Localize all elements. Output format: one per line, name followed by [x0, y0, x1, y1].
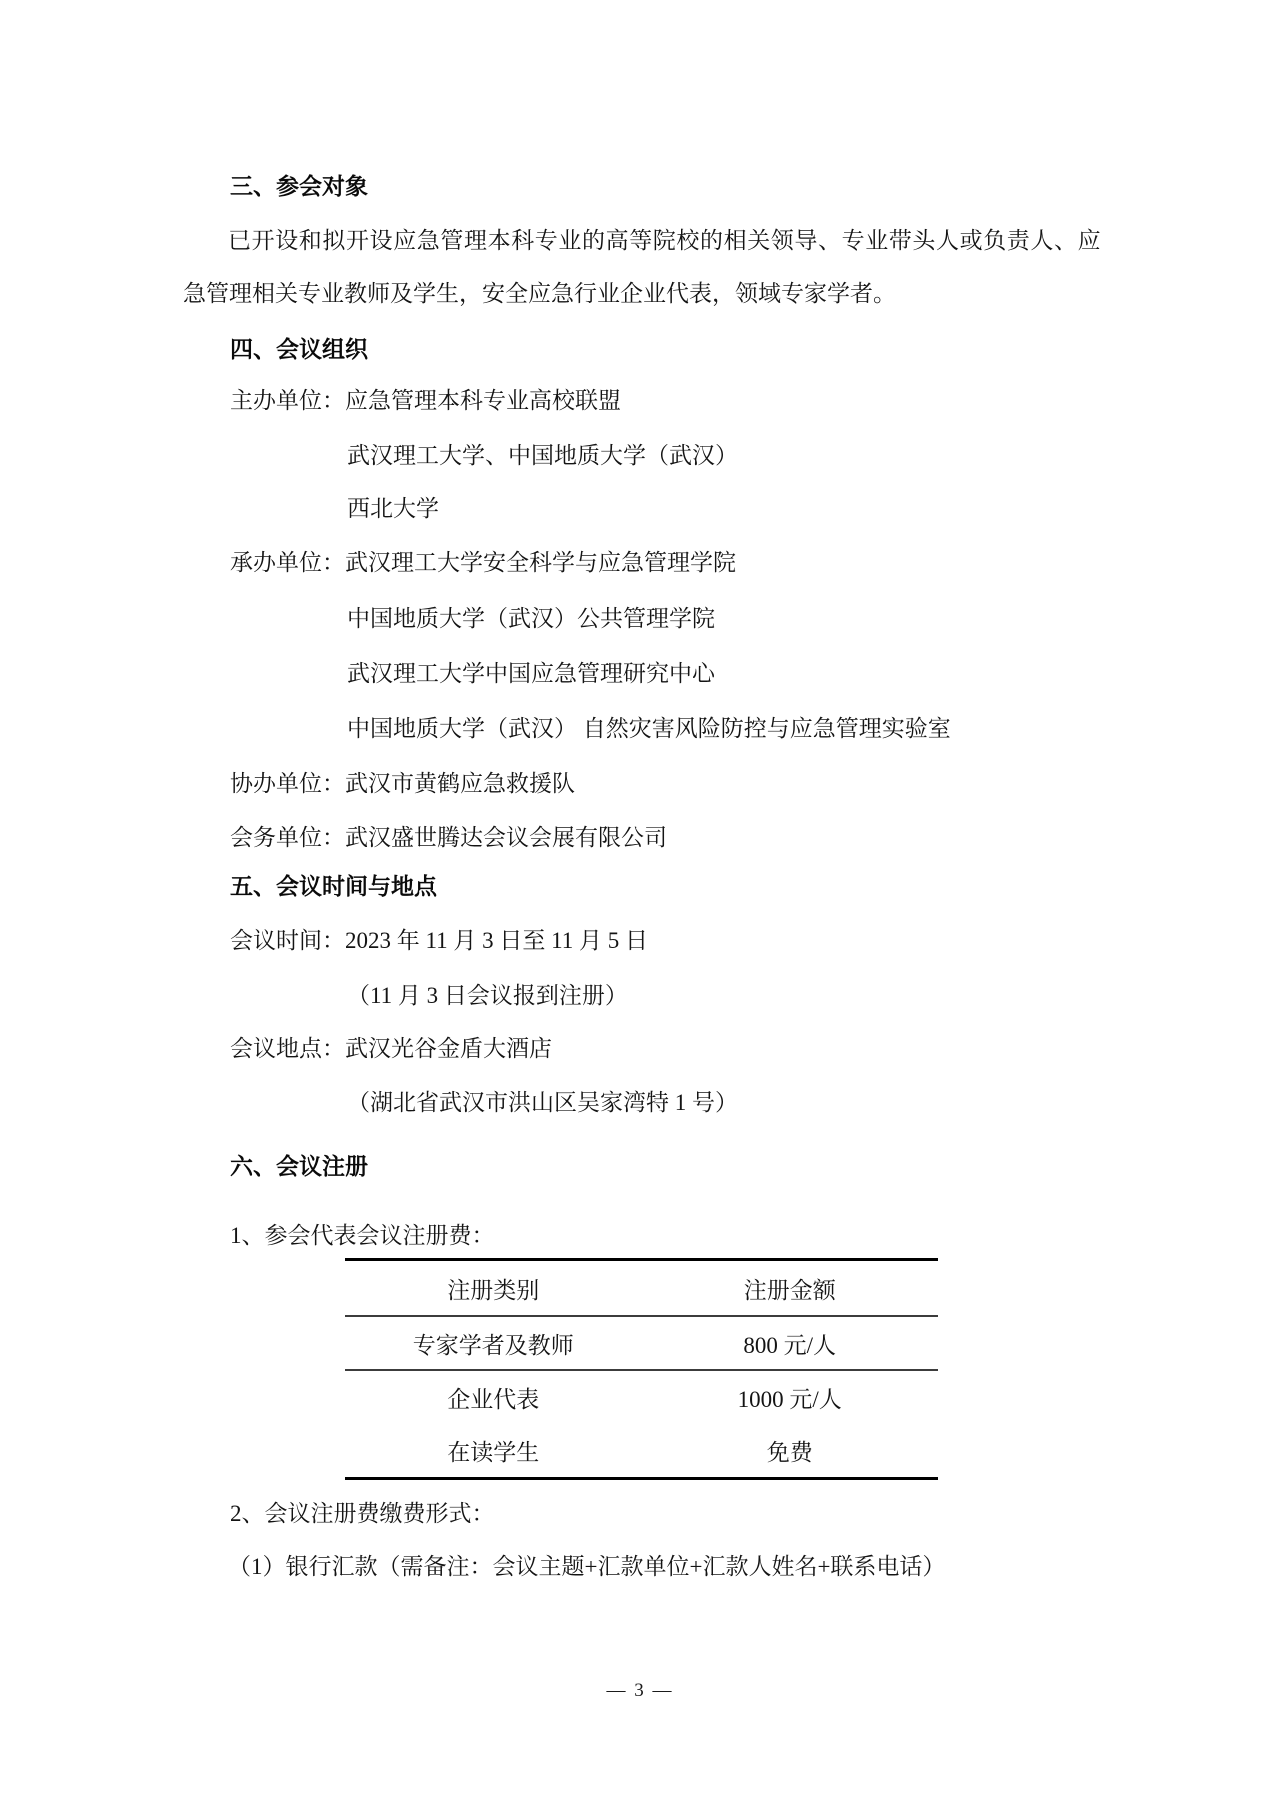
co-organizer-unit-line: 协办单位：武汉市黄鹤应急救援队 [230, 770, 575, 798]
meeting-time-line: 会议时间：2023 年 11 月 3 日至 11 月 5 日 [230, 927, 648, 955]
section-time-place-heading: 五、会议时间与地点 [230, 872, 437, 900]
fee-category-cell: 专家学者及教师 [345, 1316, 642, 1370]
organizer-unit-line4: 中国地质大学（武汉） 自然灾害风险防控与应急管理实验室 [347, 715, 951, 743]
fee-table-header-category: 注册类别 [345, 1260, 642, 1317]
host-unit-line2: 武汉理工大学、中国地质大学（武汉） [347, 442, 738, 470]
fee-table-header-row: 注册类别 注册金额 [345, 1260, 938, 1317]
section-registration-heading: 六、会议注册 [230, 1152, 368, 1180]
meeting-place-note: （湖北省武汉市洪山区吴家湾特 1 号） [347, 1089, 738, 1117]
host-unit-line3: 西北大学 [347, 495, 439, 523]
payment-methods-title: 2、会议注册费缴费形式： [230, 1500, 495, 1528]
payment-method-bank-transfer: （1）银行汇款（需备注：会议主题+汇款单位+汇款人姓名+联系电话） [228, 1553, 945, 1581]
registration-fee-table: 注册类别 注册金额 专家学者及教师 800 元/人 企业代表 1000 元/人 … [345, 1258, 938, 1480]
table-row: 在读学生 免费 [345, 1424, 938, 1479]
organizer-unit-line2: 中国地质大学（武汉）公共管理学院 [347, 605, 715, 633]
section-participants-heading: 三、参会对象 [230, 172, 368, 200]
section-organization-heading: 四、会议组织 [230, 335, 368, 363]
organizer-unit-line: 承办单位：武汉理工大学安全科学与应急管理学院 [230, 549, 736, 577]
table-row: 企业代表 1000 元/人 [345, 1370, 938, 1424]
fee-category-cell: 企业代表 [345, 1370, 642, 1424]
fee-category-cell: 在读学生 [345, 1424, 642, 1479]
table-row: 专家学者及教师 800 元/人 [345, 1316, 938, 1370]
fee-table-header-amount: 注册金额 [642, 1260, 939, 1317]
meeting-time-note: （11 月 3 日会议报到注册） [347, 982, 628, 1010]
participants-paragraph-line1: 已开设和拟开设应急管理本科专业的高等院校的相关领导、专业带头人或负责人、应 [228, 227, 1101, 255]
fee-amount-cell: 免费 [642, 1424, 939, 1479]
service-unit-line: 会务单位：武汉盛世腾达会议会展有限公司 [230, 824, 667, 852]
host-unit-line: 主办单位：应急管理本科专业高校联盟 [230, 387, 621, 415]
organizer-unit-line3: 武汉理工大学中国应急管理研究中心 [347, 660, 715, 688]
participants-paragraph-line2: 急管理相关专业教师及学生，安全应急行业企业代表，领域专家学者。 [183, 280, 896, 308]
page-number: — 3 — [0, 1680, 1280, 1702]
fee-amount-cell: 1000 元/人 [642, 1370, 939, 1424]
registration-fee-title: 1、参会代表会议注册费： [230, 1222, 495, 1250]
document-page: 三、参会对象 已开设和拟开设应急管理本科专业的高等院校的相关领导、专业带头人或负… [0, 0, 1280, 1810]
fee-amount-cell: 800 元/人 [642, 1316, 939, 1370]
meeting-place-line: 会议地点：武汉光谷金盾大酒店 [230, 1035, 552, 1063]
